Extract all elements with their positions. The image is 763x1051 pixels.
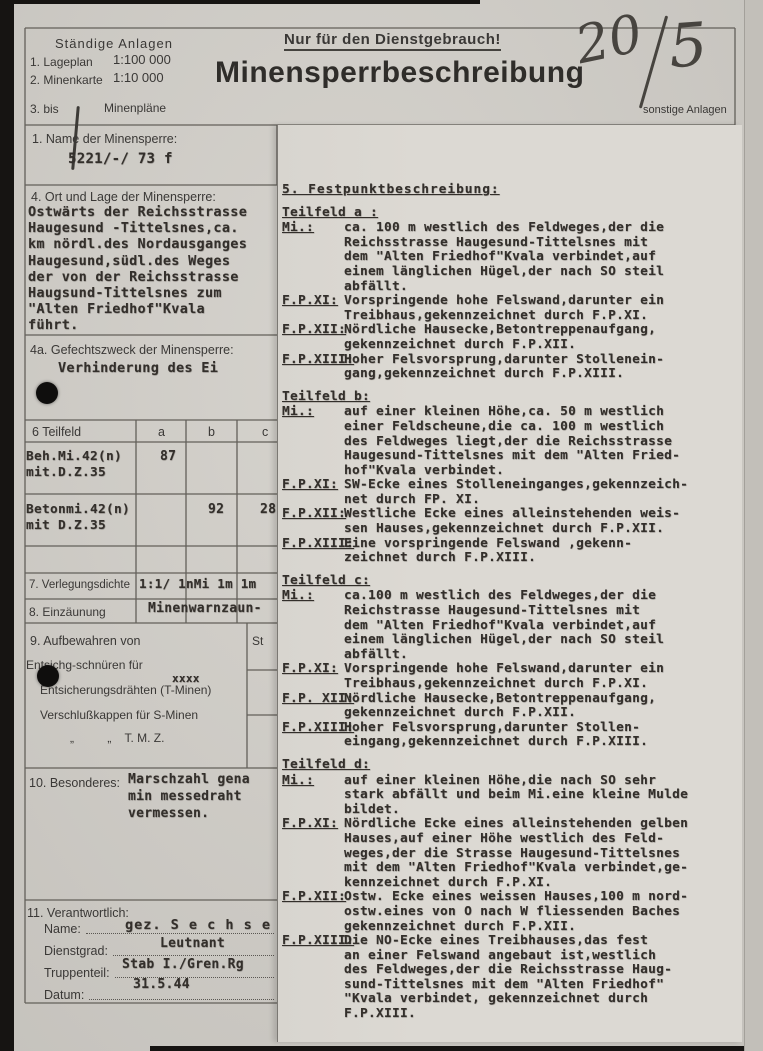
teilfeld-c-fp11-text: Vorspringende hohe Felswand,darunter ein… bbox=[344, 661, 664, 691]
hole-punch bbox=[37, 665, 59, 687]
teilfeld-d-fp11-text: Nördliche Ecke eines alleinstehenden gel… bbox=[344, 816, 688, 889]
field8-label: 8. Einzäunung bbox=[29, 605, 106, 619]
teilfeld-c-fp12: F.P. XII:Nördliche Hausecke,Betontreppen… bbox=[282, 692, 738, 721]
section5-heading: 5. Festpunktbeschreibung: bbox=[282, 183, 738, 198]
teilfeld-d-fp13-label: F.P.XIII: bbox=[282, 934, 354, 949]
teilfeld-b-fp12-text: Westliche Ecke eines alleinstehenden wei… bbox=[344, 506, 680, 536]
field1-label: 1. Name der Minensperre: bbox=[32, 132, 177, 146]
teilfeld-c-fp12-text: Nördliche Hausecke,Betontreppenaufgang, … bbox=[344, 691, 656, 721]
teilfeld-d: Teilfeld d: Mi.:auf einer kleinen Höhe,d… bbox=[282, 758, 738, 1022]
annex-item-1-label: 1. Lageplan bbox=[30, 55, 93, 69]
field7-value: 1:1/ 1nMi 1m 1m bbox=[139, 576, 256, 591]
teilfeld-a-fp12-text: Nördliche Hausecke,Betontreppenaufgang, … bbox=[344, 322, 656, 352]
field4a-label: 4a. Gefechtszweck der Minensperre: bbox=[30, 343, 234, 357]
teilfeld-b-mi-label: Mi.: bbox=[282, 405, 314, 420]
scanned-document: Ständige Anlagen 1. Lageplan 1:100 000 2… bbox=[0, 0, 763, 1051]
field11-unit-label: Truppenteil: bbox=[44, 966, 110, 980]
table6-row2-b: 92 bbox=[208, 502, 224, 517]
field8-value: Minenwarnzaun- bbox=[148, 601, 262, 616]
field11-label: 11. Verantwortlich: bbox=[27, 906, 129, 920]
field11-name-value: gez. S e c h s e bbox=[125, 917, 271, 933]
field11-rank-label: Dienstgrad: bbox=[44, 944, 108, 958]
field11-unit-value: Stab I./Gren.Rg bbox=[122, 957, 244, 972]
document-title: Minensperrbeschreibung bbox=[215, 56, 584, 90]
field11-rank-value: Leutnant bbox=[160, 936, 225, 951]
teilfeld-b-fp13-text: Eine vorspringende Felswand ,gekenn- zei… bbox=[344, 536, 632, 566]
teilfeld-b-heading: Teilfeld b: bbox=[282, 390, 738, 405]
teilfeld-a-heading: Teilfeld a : bbox=[282, 206, 738, 221]
field9-line3: Entsicherungsdrähten (T-Minen) bbox=[40, 683, 211, 697]
teilfeld-d-fp13-text: Die NO-Ecke eines Treibhauses,das fest a… bbox=[344, 933, 672, 1021]
teilfeld-b: Teilfeld b: Mi.:auf einer kleinen Höhe,c… bbox=[282, 390, 738, 566]
field9-overstrike: xxxx bbox=[172, 672, 200, 685]
teilfeld-b-fp11-text: SW-Ecke eines Stolleneinganges,gekennzei… bbox=[344, 477, 688, 507]
classification-banner: Nur für den Dienstgebrauch! bbox=[284, 31, 501, 51]
teilfeld-c-heading: Teilfeld c: bbox=[282, 574, 738, 589]
table6-header-a: a bbox=[158, 425, 165, 439]
section5: 5. Festpunktbeschreibung: Teilfeld a : M… bbox=[282, 183, 738, 1022]
teilfeld-c-fp11: F.P.XI:Vorspringende hohe Felswand,darun… bbox=[282, 662, 738, 691]
teilfeld-d-mi: Mi.:auf einer kleinen Höhe,die nach SO s… bbox=[282, 774, 738, 818]
table6-header-c: c bbox=[262, 425, 268, 439]
teilfeld-a-mi-text: ca. 100 m westlich des Feldweges,der die… bbox=[344, 220, 664, 293]
handwritten-number-left: 20 bbox=[571, 8, 647, 73]
teilfeld-d-heading: Teilfeld d: bbox=[282, 758, 738, 773]
teilfeld-d-fp13: F.P.XIII:Die NO-Ecke eines Treibhauses,d… bbox=[282, 934, 738, 1022]
teilfeld-d-fp11: F.P.XI:Nördliche Ecke eines alleinstehen… bbox=[282, 817, 738, 890]
field11-date-value: 31.5.44 bbox=[133, 977, 190, 992]
teilfeld-b-mi-text: auf einer kleinen Höhe,ca. 50 m westlich… bbox=[344, 404, 680, 477]
teilfeld-a-fp11-text: Vorspringende hohe Felswand,darunter ein… bbox=[344, 293, 664, 323]
teilfeld-d-fp11-label: F.P.XI: bbox=[282, 817, 338, 832]
teilfeld-a-fp11-label: F.P.XI: bbox=[282, 294, 338, 309]
teilfeld-c-mi: Mi.:ca.100 m westlich des Feldweges,der … bbox=[282, 589, 738, 662]
teilfeld-c-mi-label: Mi.: bbox=[282, 589, 314, 604]
standing-annexes-heading: Ständige Anlagen bbox=[55, 36, 173, 51]
teilfeld-d-mi-label: Mi.: bbox=[282, 774, 314, 789]
teilfeld-c-mi-text: ca.100 m westlich des Feldweges,der die … bbox=[344, 588, 664, 661]
field9-line5: „ „ T. M. Z. bbox=[70, 731, 164, 745]
teilfeld-c-fp11-label: F.P.XI: bbox=[282, 662, 338, 677]
teilfeld-c-fp13-label: F.P.XIII: bbox=[282, 721, 354, 736]
teilfeld-b-fp11: F.P.XI:SW-Ecke eines Stolleneinganges,ge… bbox=[282, 478, 738, 507]
field1-value: 5221/-/ 73 f bbox=[68, 151, 173, 167]
handwritten-number: 20 5 bbox=[576, 14, 707, 110]
annex-item-2-label: 2. Minenkarte bbox=[30, 73, 103, 87]
teilfeld-c: Teilfeld c: Mi.:ca.100 m westlich des Fe… bbox=[282, 574, 738, 750]
table6-row2-c: 28 bbox=[260, 502, 276, 517]
teilfeld-a-fp13-label: F.P.XIII: bbox=[282, 353, 354, 368]
teilfeld-a-fp13-text: Hoher Felsvorsprung,darunter Stollenein-… bbox=[344, 352, 664, 382]
table6-header-name: 6 Teilfeld bbox=[32, 425, 81, 439]
field4a-value: Verhinderung des Ei bbox=[58, 360, 218, 376]
annex-item-3-value: Minenpläne bbox=[104, 101, 166, 115]
field11-date-label: Datum: bbox=[44, 988, 84, 1002]
teilfeld-b-fp13-label: F.P.XIII: bbox=[282, 537, 354, 552]
field9-side-label: St bbox=[252, 634, 263, 648]
teilfeld-d-mi-text: auf einer kleinen Höhe,die nach SO sehr … bbox=[344, 773, 688, 817]
field11-name-label: Name: bbox=[44, 922, 81, 936]
hole-punch bbox=[36, 382, 58, 404]
field10-value: Marschzahl gena min messedraht vermessen… bbox=[128, 771, 278, 822]
teilfeld-d-fp12-text: Ostw. Ecke eines weissen Hauses,100 m no… bbox=[344, 889, 688, 933]
teilfeld-a-fp11: F.P.XI:Vorspringende hohe Felswand,darun… bbox=[282, 294, 738, 323]
teilfeld-b-fp13: F.P.XIII:Eine vorspringende Felswand ,ge… bbox=[282, 537, 738, 566]
teilfeld-a-mi-label: Mi.: bbox=[282, 221, 314, 236]
teilfeld-a-mi: Mi.:ca. 100 m westlich des Feldweges,der… bbox=[282, 221, 738, 294]
teilfeld-a-fp12: F.P.XII:Nördliche Hausecke,Betontreppena… bbox=[282, 323, 738, 352]
table6-row2-name: Betonmi.42(n) mit D.Z.35 bbox=[26, 502, 130, 534]
handwritten-number-right: 5 bbox=[667, 15, 709, 78]
festpunkt-sheet: 5. Festpunktbeschreibung: Teilfeld a : M… bbox=[277, 125, 742, 1042]
teilfeld-c-fp12-label: F.P. XII: bbox=[282, 692, 354, 707]
field4-label: 4. Ort und Lage der Minensperre: bbox=[31, 190, 216, 204]
teilfeld-b-fp12: F.P.XII:Westliche Ecke eines alleinstehe… bbox=[282, 507, 738, 536]
teilfeld-a: Teilfeld a : Mi.:ca. 100 m westlich des … bbox=[282, 206, 738, 382]
teilfeld-b-fp11-label: F.P.XI: bbox=[282, 478, 338, 493]
teilfeld-b-mi: Mi.:auf einer kleinen Höhe,ca. 50 m west… bbox=[282, 405, 738, 478]
annex-item-3-label: 3. bis bbox=[30, 102, 59, 116]
annex-item-2-value: 1:10 000 bbox=[113, 70, 164, 85]
field9-line4: Verschlußkappen für S-Minen bbox=[40, 708, 198, 722]
teilfeld-c-fp13: F.P.XIII:Hoher Felsvorsprung,darunter St… bbox=[282, 721, 738, 750]
field7-label: 7. Verlegungsdichte bbox=[29, 579, 130, 591]
teilfeld-a-fp13: F.P.XIII:Hoher Felsvorsprung,darunter St… bbox=[282, 353, 738, 382]
field10-label: 10. Besonderes: bbox=[29, 776, 120, 790]
annex-item-1-value: 1:100 000 bbox=[113, 52, 171, 67]
table6-row1-name: Beh.Mi.42(n) mit.D.Z.35 bbox=[26, 449, 122, 481]
teilfeld-d-fp12-label: F.P.XII: bbox=[282, 890, 346, 905]
field4-value: Ostwärts der Reichsstrasse Haugesund -Ti… bbox=[28, 204, 276, 334]
table6-row1-a: 87 bbox=[160, 449, 176, 464]
teilfeld-a-fp12-label: F.P.XII: bbox=[282, 323, 346, 338]
table6-header-b: b bbox=[208, 425, 215, 439]
field9-line1: 9. Aufbewahren von bbox=[30, 634, 141, 648]
teilfeld-c-fp13-text: Hoher Felsvorsprung,darunter Stollen- ei… bbox=[344, 720, 648, 750]
teilfeld-b-fp12-label: F.P.XII: bbox=[282, 507, 346, 522]
teilfeld-d-fp12: F.P.XII:Ostw. Ecke eines weissen Hauses,… bbox=[282, 890, 738, 934]
